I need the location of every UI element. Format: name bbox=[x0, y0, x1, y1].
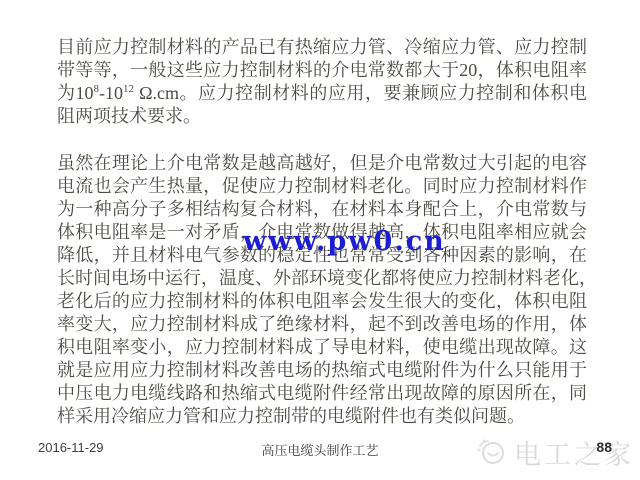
paragraph-line-formula: 为108-1012 Ω.cm。应力控制材料的应用，要兼顾应力控制和体积电 bbox=[57, 82, 587, 105]
paragraph-line: 长时间电场中运行，温度、外部环境变化都将使应力控制材料老化， bbox=[57, 267, 587, 290]
page-number: 88 bbox=[596, 439, 612, 455]
paragraph-line: 就是应用应力控制材料改善电场的热缩式电缆附件为什么只能用于 bbox=[57, 359, 587, 382]
formula-segment: Ω.cm。应力控制材料的应用，要兼顾应力控制和体积电 bbox=[134, 83, 587, 103]
paragraph-1: 目前应力控制材料的产品已有热缩应力管、冷缩应力管、应力控制 带等等，一般这些应力… bbox=[57, 36, 587, 128]
formula-segment: -10 bbox=[99, 83, 123, 103]
paragraph-line: 样采用冷缩应力管和应力控制带的电缆附件也有类似问题。 bbox=[57, 405, 587, 428]
paragraph-line: 率变大，应力控制材料成了绝缘材料，起不到改善电场的作用，体 bbox=[57, 313, 587, 336]
paragraph-line: 目前应力控制材料的产品已有热缩应力管、冷缩应力管、应力控制 bbox=[57, 36, 587, 59]
superscript-exponent: 12 bbox=[123, 83, 134, 95]
site-watermark: www.pw0.cn bbox=[243, 226, 446, 257]
paragraph-2: 虽然在理论上介电常数是越高越好，但是介电常数过大引起的电容 电流也会产生热量，促… bbox=[57, 152, 587, 428]
paragraph-line: 积电阻率变小，应力控制材料成了导电材料，使电缆出现故障。这 bbox=[57, 336, 587, 359]
paragraph-line: 电流也会产生热量，促使应力控制材料老化。同时应力控制材料作 bbox=[57, 175, 587, 198]
formula-segment: 为10 bbox=[57, 83, 94, 103]
paragraph-line: 虽然在理论上介电常数是越高越好，但是介电常数过大引起的电容 bbox=[57, 152, 587, 175]
paragraph-line: 阻两项技术要求。 bbox=[57, 105, 587, 128]
paragraph-line: 带等等，一般这些应力控制材料的介电常数都大于20，体积电阻率 bbox=[57, 59, 587, 82]
paragraph-line: 中压电力电缆线路和热缩式电缆附件经常出现故障的原因所在，同 bbox=[57, 382, 587, 405]
brand-name: 电工之家 bbox=[514, 433, 634, 472]
document-page: 目前应力控制材料的产品已有热缩应力管、冷缩应力管、应力控制 带等等，一般这些应力… bbox=[0, 0, 640, 480]
paragraph-line: 老化后的应力控制材料的体积电阻率会发生很大的变化，体积电阻 bbox=[57, 290, 587, 313]
paragraph-line: 为一种高分子多相结构复合材料，在材料本身配合上，介电常数与 bbox=[57, 198, 587, 221]
brand-logo-icon bbox=[474, 432, 510, 473]
footer: 2016-11-29 高压电缆头制作工艺 电工之家 88 bbox=[0, 432, 640, 472]
